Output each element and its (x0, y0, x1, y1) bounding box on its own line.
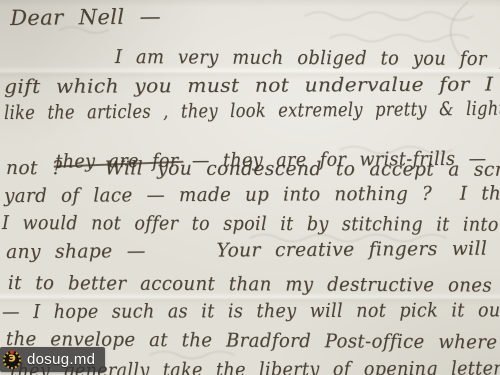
watermark-label: dosug.md (27, 351, 95, 368)
letter-line: gift which you must not undervalue for I (4, 74, 493, 98)
letter-line-salutation: Dear Nell — (10, 4, 161, 30)
letter-line: any shape — Your creative fingers will t… (6, 238, 500, 264)
letter-line: like the articles , they look extremely … (4, 98, 500, 124)
letter-line: yard of lace — made up into nothing ? I … (4, 183, 500, 208)
watermark-badge: Э dosug.md (0, 347, 105, 372)
letter-line: it to better account than my destructive… (8, 273, 500, 298)
dosug-logo-icon: Э (3, 351, 21, 369)
letter-line: I am very much obliged to you for your (115, 47, 500, 71)
logo-glyph: Э (8, 354, 15, 364)
letter-photograph: Dear Nell — I am very much obliged to yo… (0, 0, 500, 375)
letter-line: not ? Will you condescend to accept a sc… (6, 158, 500, 182)
letter-line: I would not offer to spoil it by stitchi… (2, 213, 499, 237)
letter-line: — I hope such as it is they will not pic… (2, 300, 500, 324)
